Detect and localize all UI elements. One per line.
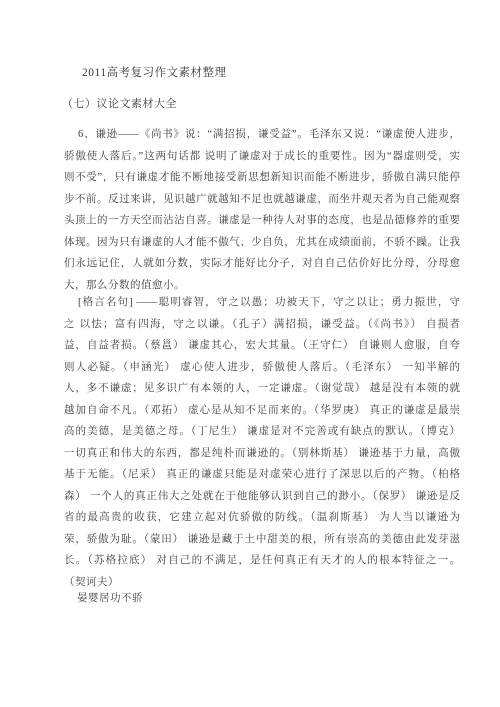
text-line: 头顶上的一方天空而沾沾自喜。谦虚是一种待人对事的态度，也是品德修养的重要 — [64, 210, 460, 232]
text-line: 体现。因为只有谦虚的人才能不傲气、少自负，尤其在成绩面前，不骄不躁。让我 — [64, 232, 460, 254]
intro-paragraph: 6、谦逊——《尚书》说：“满招损，谦受益”。毛泽东又说：“谦虚使人进步，骄傲使人… — [64, 124, 460, 296]
text-line: 6、谦逊——《尚书》说：“满招损，谦受益”。毛泽东又说：“谦虚使人进步， — [64, 124, 460, 146]
text-line: 们永远记住，人就如分数，实际才能好比分子，对自自己估价好比分母，分母愈 — [64, 253, 460, 275]
text-line: 森） 一个人的真正伟大之处就在于他能够认识到自己的渺小。（保罗） 谦逊是反 — [64, 486, 460, 508]
text-line: 长。（苏格拉底） 对自己的不满足，是任何真正有天才的人的根本特征之一。 — [64, 550, 460, 572]
text-line: 基于无能。（尼采） 真正的谦虚只能是对虚荣心进行了深思以后的产物。（柏格 — [64, 464, 460, 486]
text-line: 高的美德，是美德之母。（丁尼生） 谦虚是对不完善或有缺点的默认。（博克） — [64, 421, 460, 443]
text-line: 则不受”，只有谦虚才能不断地接受新思想新知识而能不断进步，骄傲自满只能停 — [64, 167, 460, 189]
text-line: 之 以怯；富有四海，守之以谦。（孔子）满招损，谦受益。（《尚书》） 自损者 — [64, 314, 460, 336]
text-line: 一切真正和伟大的东西，都是纯朴而谦逊的。（别林斯基） 谦逊基于力量，高傲 — [64, 443, 460, 465]
text-line: 荣，骄傲为耻。（蒙田） 谦逊是藏于土中甜美的根，所有崇高的美德由此发芽滋 — [64, 529, 460, 551]
doc-subtitle: （七）议论文素材大全 — [62, 93, 458, 115]
document-page: 2011高考复习作文素材整理 （七）议论文素材大全 6、谦逊——《尚书》说：“满… — [0, 0, 500, 707]
text-line: 步不前。反过来讲，见识越广就越知不足也就越谦虚，而坐井观天者为自己能观察 — [64, 189, 460, 211]
text-line: 省的最高贵的收获，它建立起对伉骄傲的防线。（温刹斯基） 为人当以谦逊为 — [64, 507, 460, 529]
doc-title: 2011高考复习作文素材整理 — [64, 62, 460, 84]
section-heading: 晏婴居功不骄 — [64, 588, 460, 610]
text-line: 则人必疑。（申涵光） 虚心使人进步，骄傲使人落后。（毛泽东） 一知半解的 — [64, 357, 460, 379]
quotes-paragraph: [格言名句] ——聪明睿智，守之以愚；功被天下，守之以让；勇力振世，守之 以怯；… — [64, 292, 460, 593]
text-line: 骄傲使人落后。”这两句话都 说明了谦虚对于成长的重要性。因为“器虚则受，实 — [64, 146, 460, 168]
text-line: [格言名句] ——聪明睿智，守之以愚；功被天下，守之以让；勇力振世，守 — [64, 292, 460, 314]
text-line: 越加自命不凡。（邓拓） 虚心是从知不足而来的。（华罗庚） 真正的谦虚是最崇 — [64, 400, 460, 422]
text-line: 益，自益者损。（蔡邕） 谦虚其心，宏大其量。（王守仁） 自谦则人愈服，自夸 — [64, 335, 460, 357]
text-line: 人，多不谦虚；见多识广有本领的人，一定谦虚。（谢觉哉） 越是没有本领的就 — [64, 378, 460, 400]
